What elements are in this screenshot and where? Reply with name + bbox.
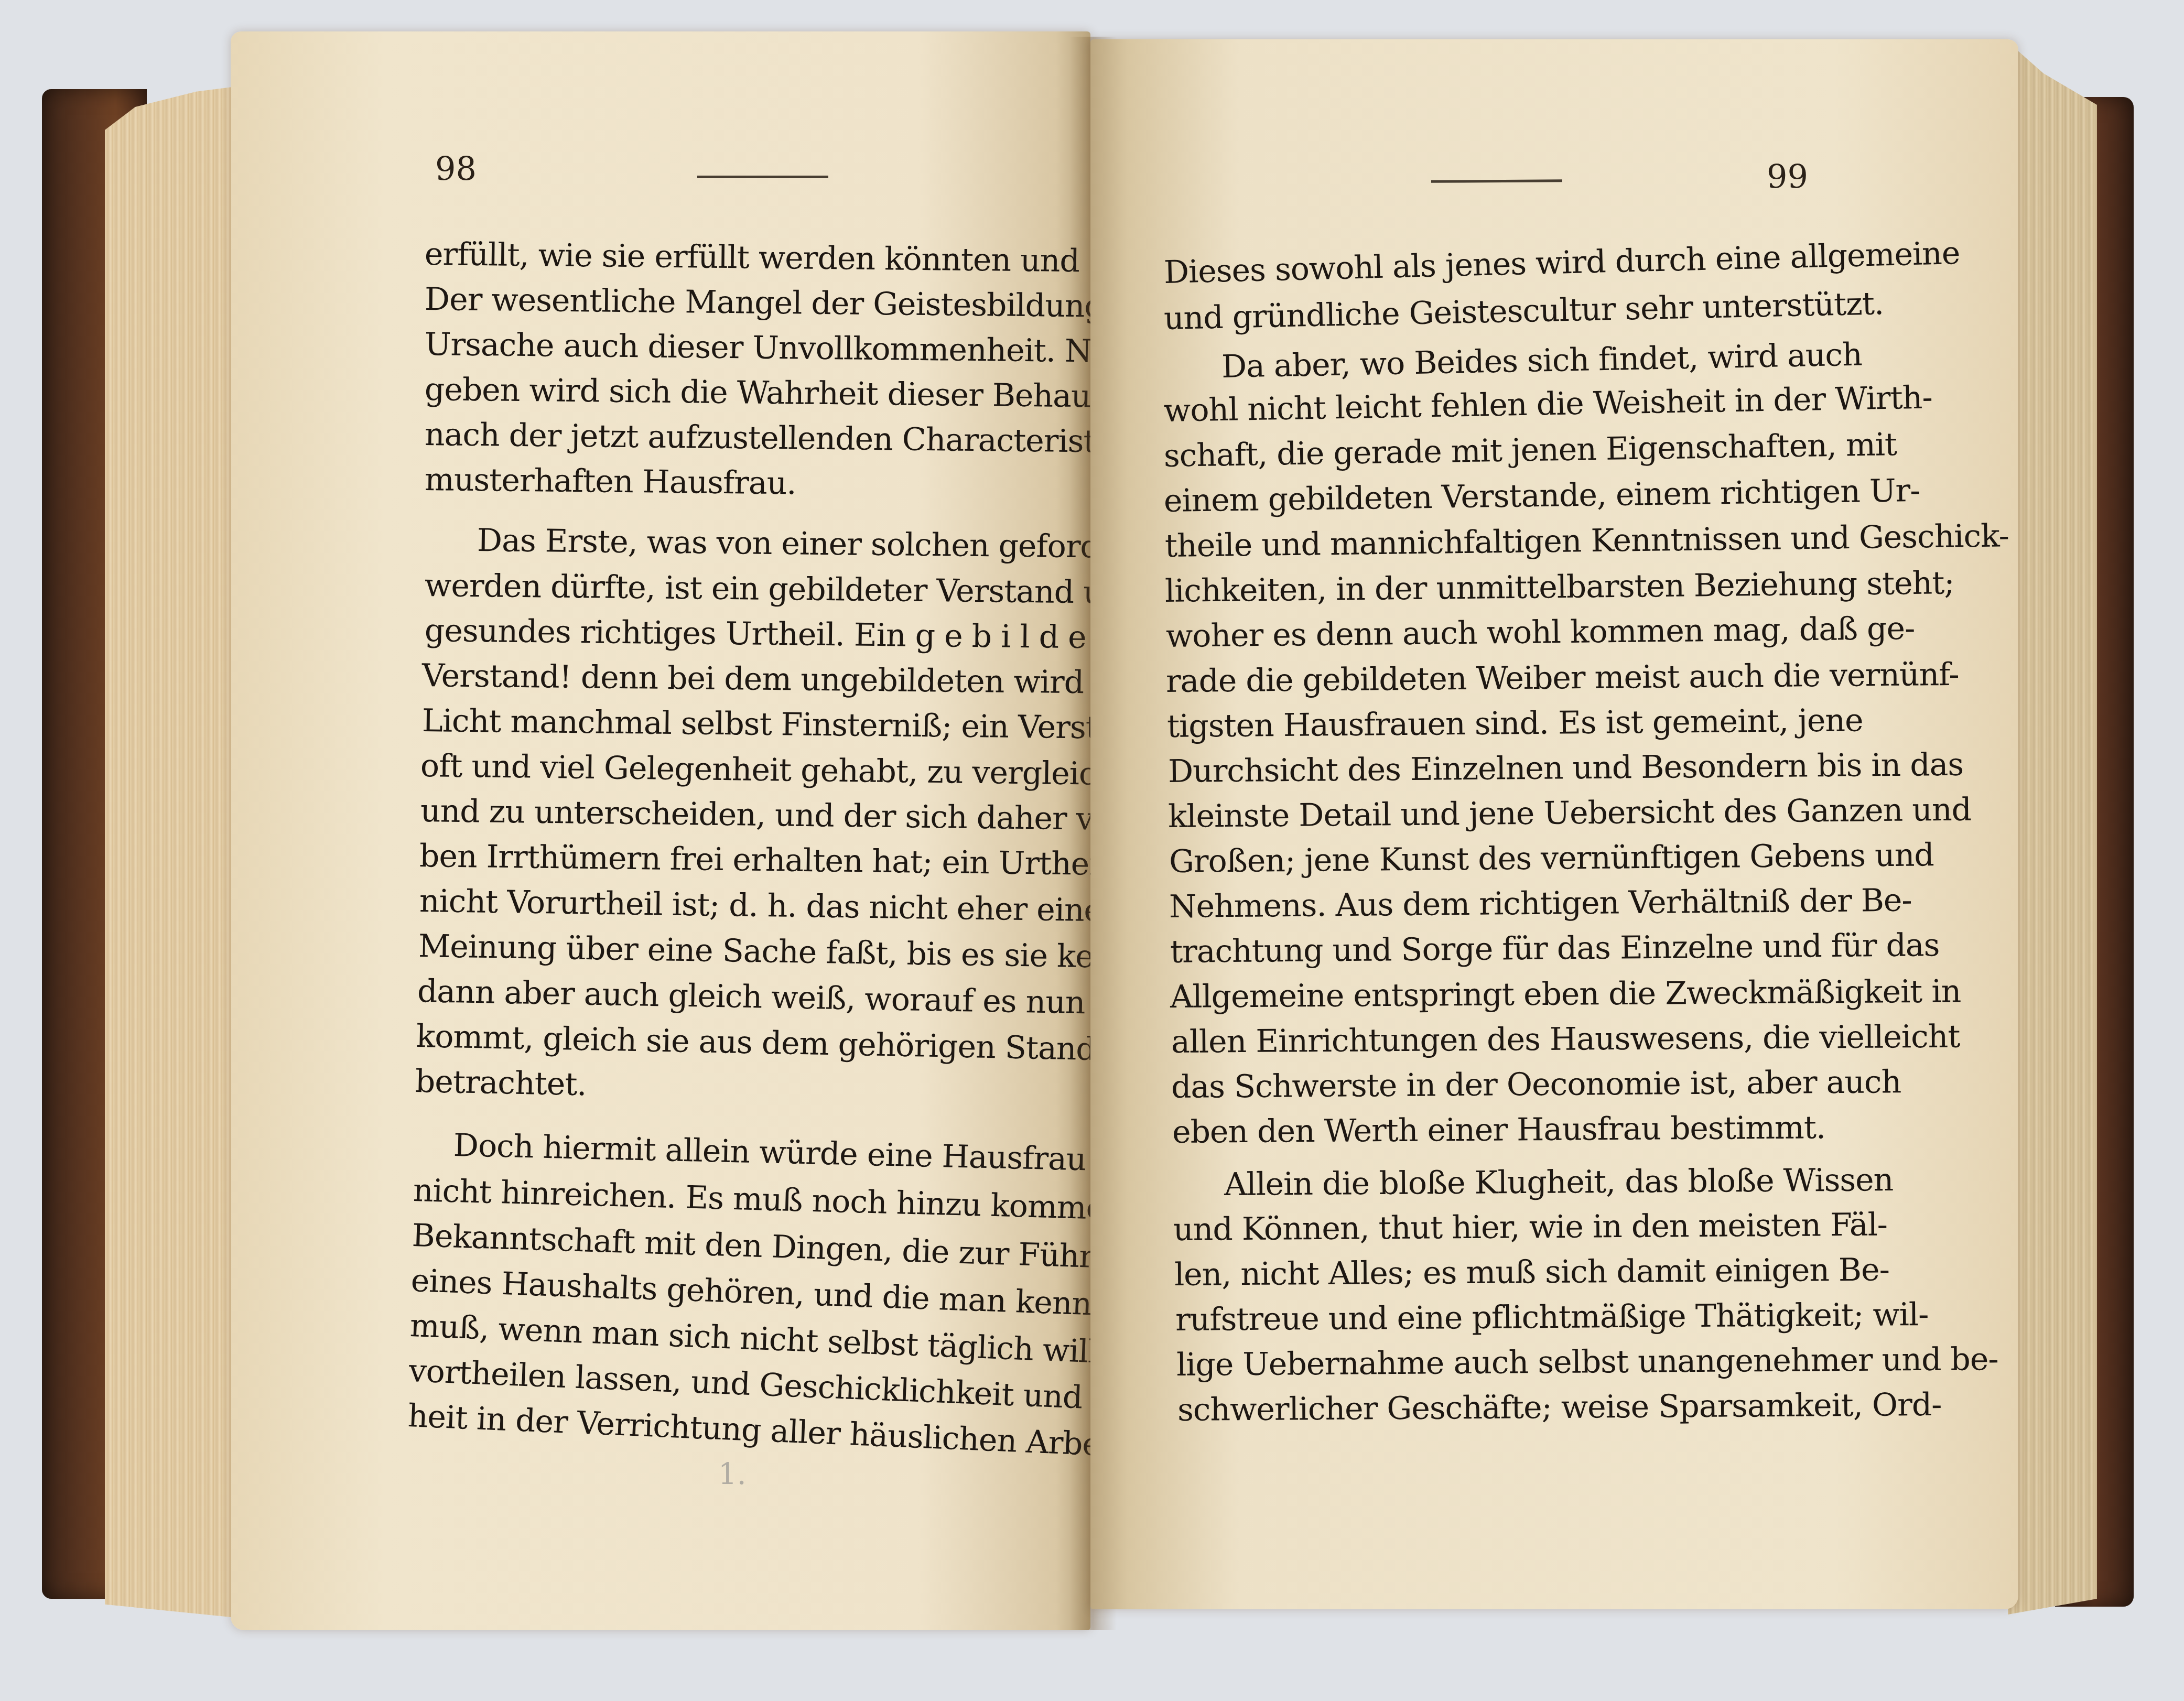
text-line: musterhaften Hausfrau. bbox=[425, 461, 796, 502]
right-page: 99 Dieses sowohl als jenes wird durch ei… bbox=[1090, 39, 2018, 1609]
text-line: Durchsicht des Einzelnen und Besondern b… bbox=[1168, 746, 1964, 790]
text-line: tigsten Hausfrauen sind. Es ist gemeint,… bbox=[1167, 702, 1863, 745]
text-line: Allgemeine entspringt eben die Zweckmäßi… bbox=[1170, 973, 1961, 1015]
left-header-rule bbox=[697, 176, 828, 178]
text-line: das Schwerste in der Oeconomie ist, aber… bbox=[1171, 1064, 1901, 1106]
text-line: rade die gebildeten Weiber meist auch di… bbox=[1166, 656, 1959, 700]
text-line: kleinste Detail und jene Uebersicht des … bbox=[1168, 792, 1972, 835]
right-page-text: Dieses sowohl als jenes wird durch eine … bbox=[1164, 254, 1856, 1486]
text-line: schaft, die gerade mit jenen Eigenschaft… bbox=[1163, 426, 1897, 474]
text-line: trachtung und Sorge für das Einzelne und… bbox=[1170, 927, 1940, 970]
text-line: wohl nicht leicht fehlen die Weisheit in… bbox=[1163, 379, 1932, 429]
signature-mark: 1. bbox=[718, 1457, 746, 1491]
text-line: ben Irrthümern frei erhalten hat; ein Ur… bbox=[419, 838, 1181, 884]
text-line: lichkeiten, in der unmittelbarsten Bezie… bbox=[1165, 565, 1954, 610]
text-line: Doch hiermit allein würde eine Hausfrau … bbox=[453, 1127, 1171, 1180]
right-header-rule bbox=[1431, 179, 1562, 183]
left-page: 98 erfüllt, wie sie erfüllt werden könnt… bbox=[231, 31, 1090, 1630]
text-line: und gründliche Geistescultur sehr unters… bbox=[1163, 285, 1884, 337]
text-line: betrachtet. bbox=[415, 1063, 587, 1103]
left-page-text: erfüllt, wie sie erfüllt werden könnten … bbox=[425, 236, 1069, 1494]
text-line: oft und viel Gelegenheit gehabt, zu verg… bbox=[420, 747, 1154, 793]
text-line: Nehmens. Aus dem richtigen Verhältniß de… bbox=[1169, 882, 1912, 925]
right-page-edges bbox=[2008, 42, 2097, 1615]
text-line: Verstand! denn bei dem ungebildeten wird… bbox=[422, 657, 1147, 701]
text-line: Großen; jene Kunst des vernünftigen Gebe… bbox=[1169, 837, 1934, 880]
text-line: einem gebildeten Verstande, einem richti… bbox=[1164, 472, 1920, 519]
text-line: Das Erste, was von einer solchen geforde… bbox=[477, 522, 1145, 566]
text-line: rufstreue und eine pflichtmäßige Thätigk… bbox=[1175, 1296, 1929, 1338]
text-line: lige Uebernahme auch selbst unangenehmer… bbox=[1176, 1341, 1998, 1383]
left-page-number: 98 bbox=[435, 149, 477, 188]
text-line: gesundes richtiges Urtheil. Ein g e b i … bbox=[425, 612, 1160, 657]
text-line: Meinung über eine Sache faßt, bis es sie… bbox=[418, 928, 1154, 976]
text-line: allen Einrichtungen des Hauswesens, die … bbox=[1171, 1018, 1960, 1060]
text-line: nicht hinreichen. Es muß noch hinzu komm… bbox=[413, 1172, 1134, 1228]
text-line: und Können, thut hier, wie in den meiste… bbox=[1173, 1206, 1887, 1248]
text-line: Dieses sowohl als jenes wird durch eine … bbox=[1163, 235, 1960, 291]
text-line: schwerlicher Geschäfte; weise Sparsamkei… bbox=[1177, 1386, 1942, 1428]
text-line: dann aber auch gleich weiß, worauf es nu… bbox=[417, 973, 1143, 1022]
text-line: len, nicht Alles; es muß sich damit eini… bbox=[1174, 1251, 1889, 1293]
text-line: theile und mannichfaltigen Kenntnissen u… bbox=[1165, 517, 2009, 565]
text-line: Allein die bloße Klugheit, das bloße Wis… bbox=[1224, 1162, 1894, 1203]
text-line: Da aber, wo Beides sich findet, wird auc… bbox=[1221, 337, 1862, 385]
right-page-number: 99 bbox=[1767, 157, 1808, 196]
text-line: woher es denn auch wohl kommen mag, daß … bbox=[1166, 610, 1915, 655]
text-line: eben den Werth einer Hausfrau bestimmt. bbox=[1172, 1109, 1826, 1151]
text-line: nicht Vorurtheil ist; d. h. das nicht eh… bbox=[419, 883, 1102, 929]
